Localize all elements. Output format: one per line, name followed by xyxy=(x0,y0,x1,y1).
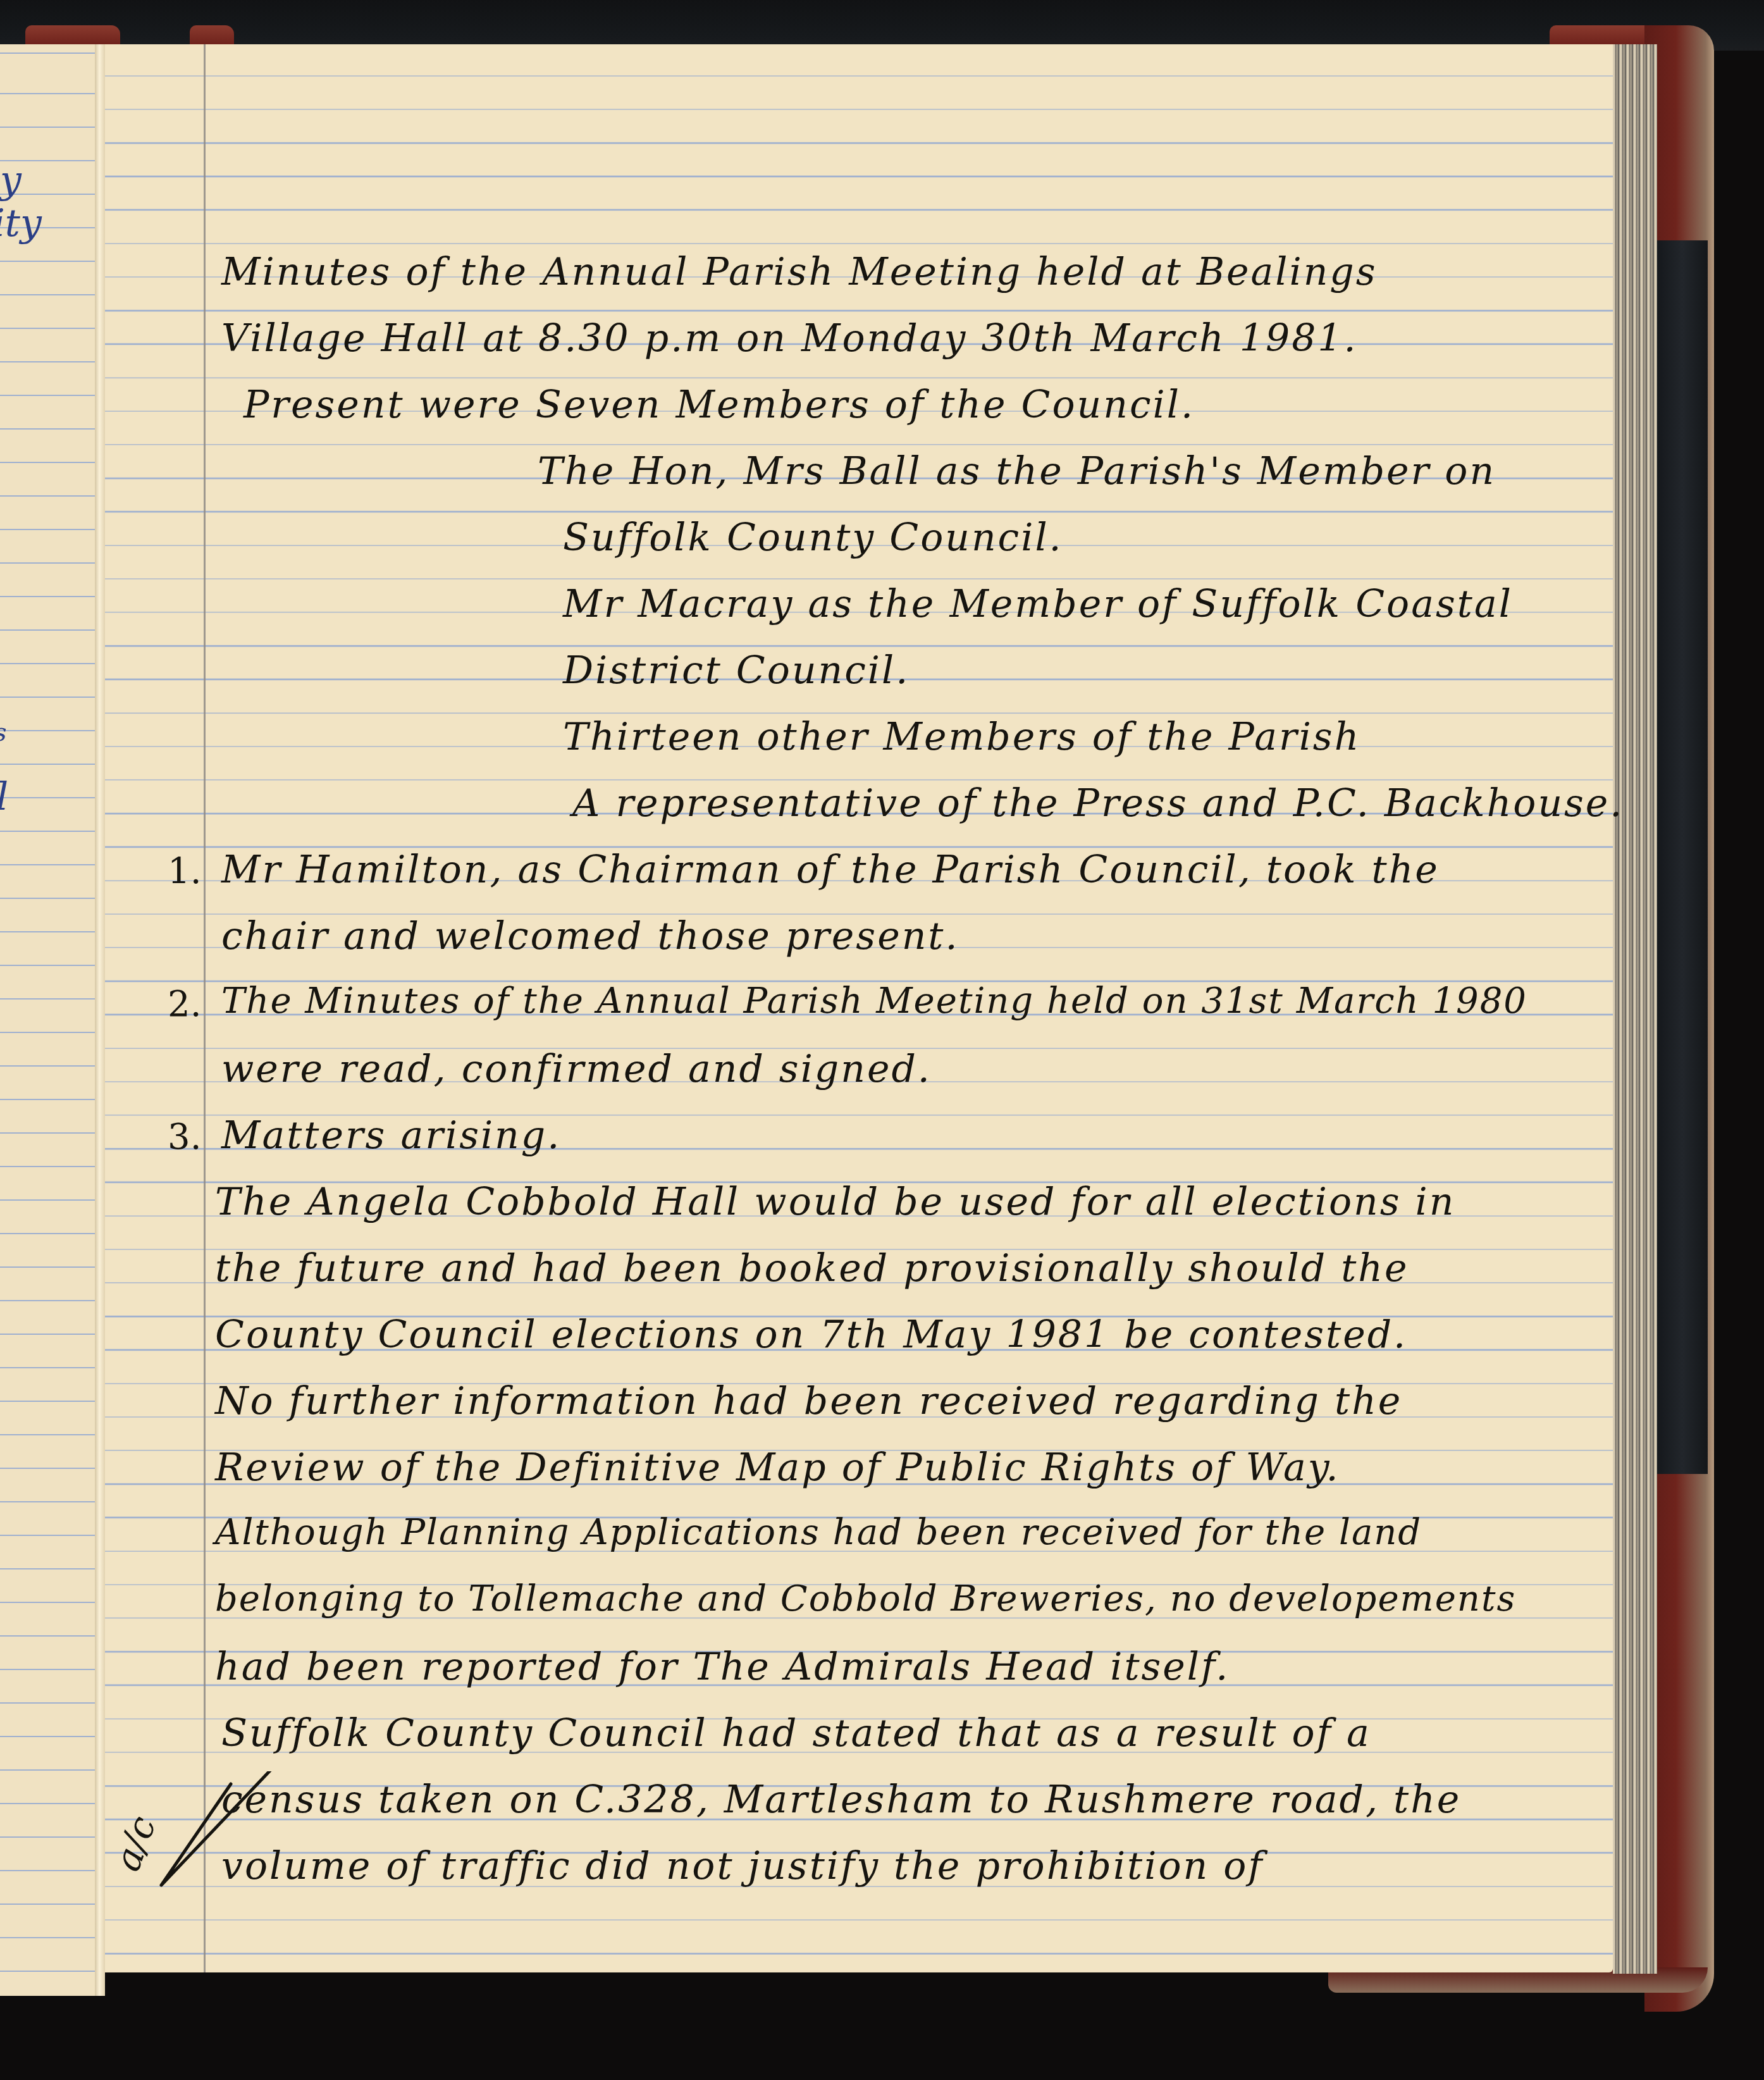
left-page-fragment: s xyxy=(0,718,7,747)
item-line: Matters arising. xyxy=(221,1113,561,1158)
attendee-line: A representative of the Press and P.C. B… xyxy=(572,781,1624,826)
item-number: 2. xyxy=(168,984,201,1025)
attendee-line: Mr Macray as the Member of Suffolk Coast… xyxy=(563,582,1513,626)
item-number: 3. xyxy=(168,1117,201,1158)
item-line: The Minutes of the Annual Parish Meeting… xyxy=(221,981,1527,1022)
margin-check-arrow-icon xyxy=(136,1771,275,1898)
item-line: Suffolk County Council had stated that a… xyxy=(221,1711,1371,1755)
item-line: belonging to Tollemache and Cobbold Brew… xyxy=(215,1578,1516,1619)
left-page-fragment: rity xyxy=(0,201,42,245)
spine-cloth xyxy=(1657,240,1708,1474)
item-line: census taken on C.328, Martlesham to Rus… xyxy=(221,1778,1461,1822)
item-line: Mr Hamilton, as Chairman of the Parish C… xyxy=(221,848,1440,892)
page-edges xyxy=(1613,44,1657,1974)
attendee-line: The Hon, Mrs Ball as the Parish's Member… xyxy=(538,449,1496,493)
item-line: had been reported for The Admirals Head … xyxy=(215,1645,1230,1689)
item-line: were read, confirmed and signed. xyxy=(221,1047,932,1091)
cover-fray xyxy=(25,25,120,47)
cover-fray xyxy=(190,25,234,47)
heading-line: Village Hall at 8.30 p.m on Monday 30th … xyxy=(221,316,1358,361)
heading-line: Present were Seven Members of the Counci… xyxy=(244,383,1195,427)
item-line: County Council elections on 7th May 1981… xyxy=(215,1313,1407,1357)
item-line: The Angela Cobbold Hall would be used fo… xyxy=(215,1180,1455,1224)
left-page-fragment: y xyxy=(0,158,22,202)
item-line: volume of traffic did not justify the pr… xyxy=(221,1844,1264,1888)
margin-rule xyxy=(204,44,206,1972)
item-line: the future and had been booked provision… xyxy=(215,1246,1409,1291)
item-number: 1. xyxy=(168,851,201,892)
attendee-line: Suffolk County Council. xyxy=(563,516,1063,560)
item-line: Although Planning Applications had been … xyxy=(215,1512,1422,1553)
book-cover-top xyxy=(0,0,1764,51)
attendee-line: District Council. xyxy=(563,648,910,693)
item-line: chair and welcomed those present. xyxy=(221,914,959,958)
left-page xyxy=(0,44,100,1996)
attendee-line: Thirteen other Members of the Parish xyxy=(563,715,1360,759)
gutter-crease xyxy=(95,44,105,1996)
heading-line: Minutes of the Annual Parish Meeting hel… xyxy=(221,250,1378,294)
item-line: Review of the Definitive Map of Public R… xyxy=(215,1445,1340,1490)
left-page-fragment: l xyxy=(0,775,8,819)
item-line: No further information had been received… xyxy=(215,1379,1402,1423)
